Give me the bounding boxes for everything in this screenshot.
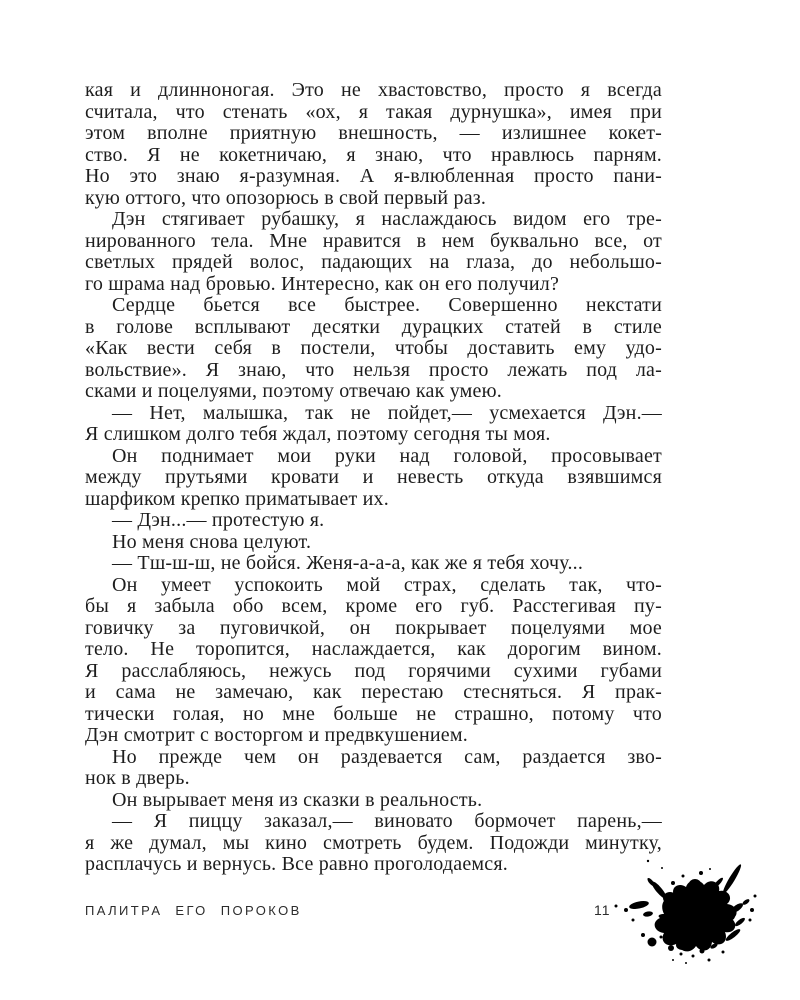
text-line: кая и длинноногая. Это не хвастовство, п… (85, 80, 662, 102)
running-title: ПАЛИТРА ЕГО ПОРОКОВ (85, 903, 302, 918)
page-number: 11 (594, 902, 611, 918)
text-line: Я расслабляюсь, нежусь под горячими сухи… (85, 661, 662, 683)
text-line: — Дэн...— протестую я. (85, 510, 662, 532)
text-line: нок в дверь. (85, 768, 662, 790)
text-line: между прутьями кровати и невесть откуда … (85, 467, 662, 489)
text-line: шарфиком крепко приматывает их. (85, 489, 662, 511)
text-line: Он вырывает меня из сказки в реальность. (85, 790, 662, 812)
text-line: кую оттого, что опозорюсь в свой первый … (85, 188, 662, 210)
text-line: Он умеет успокоить мой страх, сделать та… (85, 575, 662, 597)
text-line: Сердце бьется все быстрее. Совершенно не… (85, 295, 662, 317)
text-line: сками и поцелуями, поэтому отвечаю как у… (85, 381, 662, 403)
ink-splatter-icon (613, 856, 798, 996)
text-line: светлых прядей волос, падающих на глаза,… (85, 252, 662, 274)
text-line: ство. Я не кокетничаю, я знаю, что нравл… (85, 145, 662, 167)
text-line: расплачусь и вернусь. Все равно проголод… (85, 854, 662, 876)
text-line: «Как вести себя в постели, чтобы достави… (85, 338, 662, 360)
text-line: — Нет, малышка, так не пойдет,— усмехает… (85, 403, 662, 425)
text-line: — Тш-ш-ш, не бойся. Женя-а-а-а, как же я… (85, 553, 662, 575)
text-line: Он поднимает мои руки над головой, просо… (85, 446, 662, 468)
text-line: и сама не замечаю, как перестаю стеснять… (85, 682, 662, 704)
text-line: в голове всплывают десятки дурацких стат… (85, 317, 662, 339)
text-line: Но это знаю я-разумная. А я-влюбленная п… (85, 166, 662, 188)
text-line: го шрама над бровью. Интересно, как он е… (85, 274, 662, 296)
text-line: нированного тела. Мне нравится в нем бук… (85, 231, 662, 253)
text-line: этом вполне приятную внешность, — излишн… (85, 123, 662, 145)
text-line: Дэн стягивает рубашку, я наслаждаюсь вид… (85, 209, 662, 231)
text-line: вольствие». Я знаю, что нельзя просто ле… (85, 360, 662, 382)
text-line: говичку за пуговичкой, он покрывает поце… (85, 618, 662, 640)
text-line: Дэн смотрит с восторгом и предвкушением. (85, 725, 662, 747)
text-line: Но прежде чем он раздевается сам, раздае… (85, 747, 662, 769)
text-line: — Я пиццу заказал,— виновато бормочет па… (85, 811, 662, 833)
text-line: я же думал, мы кино смотреть будем. Подо… (85, 833, 662, 855)
text-line: считала, что стенать «ох, я такая дурнуш… (85, 102, 662, 124)
page-footer: ПАЛИТРА ЕГО ПОРОКОВ 11 (85, 903, 662, 921)
text-line: тически голая, но мне больше не страшно,… (85, 704, 662, 726)
text-line: бы я забыла обо всем, кроме его губ. Рас… (85, 596, 662, 618)
text-line: тело. Не торопится, наслаждается, как до… (85, 639, 662, 661)
text-line: Я слишком долго тебя ждал, поэтому сегод… (85, 424, 662, 446)
body-text: кая и длинноногая. Это не хвастовство, п… (85, 80, 662, 876)
book-page: кая и длинноногая. Это не хвастовство, п… (0, 0, 800, 1000)
text-line: Но меня снова целуют. (85, 532, 662, 554)
